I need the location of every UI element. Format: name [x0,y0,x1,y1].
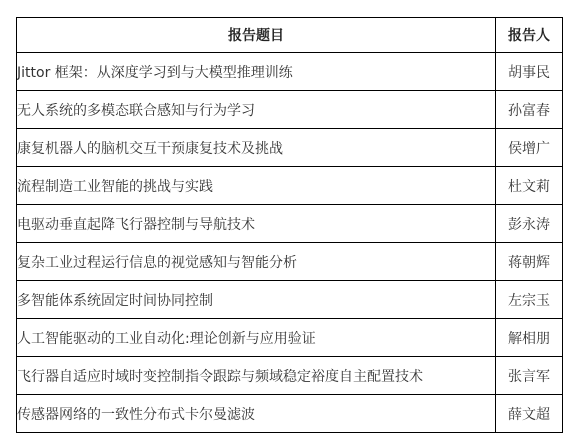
table-row: 无人系统的多模态联合感知与行为学习 孙富春 [17,91,563,129]
table-row: 复杂工业过程运行信息的视觉感知与智能分析 蒋朝辉 [17,243,563,281]
speaker-cell: 蒋朝辉 [496,243,563,281]
header-report-title: 报告题目 [17,18,496,53]
speaker-cell: 解相朋 [496,319,563,357]
speaker-cell: 张言军 [496,357,563,395]
table-row: 电驱动垂直起降飞行器控制与导航技术 彭永涛 [17,205,563,243]
header-speaker: 报告人 [496,18,563,53]
speaker-cell: 侯增广 [496,129,563,167]
report-title-cell: Jittor 框架：从深度学习到与大模型推理训练 [17,53,496,91]
table-row: 多智能体系统固定时间协同控制 左宗玉 [17,281,563,319]
table-row: 流程制造工业智能的挑战与实践 杜文莉 [17,167,563,205]
report-title-cell: 康复机器人的脑机交互干预康复技术及挑战 [17,129,496,167]
speaker-cell: 孙富春 [496,91,563,129]
report-title-cell: 多智能体系统固定时间协同控制 [17,281,496,319]
report-title-cell: 飞行器自适应时域时变控制指令跟踪与频域稳定裕度自主配置技术 [17,357,496,395]
report-title-cell: 电驱动垂直起降飞行器控制与导航技术 [17,205,496,243]
table-row: 飞行器自适应时域时变控制指令跟踪与频域稳定裕度自主配置技术 张言军 [17,357,563,395]
report-title-cell: 传感器网络的一致性分布式卡尔曼滤波 [17,395,496,433]
speaker-cell: 胡事民 [496,53,563,91]
report-title-cell: 人工智能驱动的工业自动化:理论创新与应用验证 [17,319,496,357]
table-row: 传感器网络的一致性分布式卡尔曼滤波 薛文超 [17,395,563,433]
table-row: Jittor 框架：从深度学习到与大模型推理训练 胡事民 [17,53,563,91]
table-row: 人工智能驱动的工业自动化:理论创新与应用验证 解相朋 [17,319,563,357]
speaker-cell: 薛文超 [496,395,563,433]
table-row: 康复机器人的脑机交互干预康复技术及挑战 侯增广 [17,129,563,167]
report-schedule-table: 报告题目 报告人 Jittor 框架：从深度学习到与大模型推理训练 胡事民 无人… [16,17,563,433]
report-title-cell: 流程制造工业智能的挑战与实践 [17,167,496,205]
speaker-cell: 彭永涛 [496,205,563,243]
report-title-cell: 无人系统的多模态联合感知与行为学习 [17,91,496,129]
report-title-cell: 复杂工业过程运行信息的视觉感知与智能分析 [17,243,496,281]
speaker-cell: 杜文莉 [496,167,563,205]
table-header-row: 报告题目 报告人 [17,18,563,53]
speaker-cell: 左宗玉 [496,281,563,319]
